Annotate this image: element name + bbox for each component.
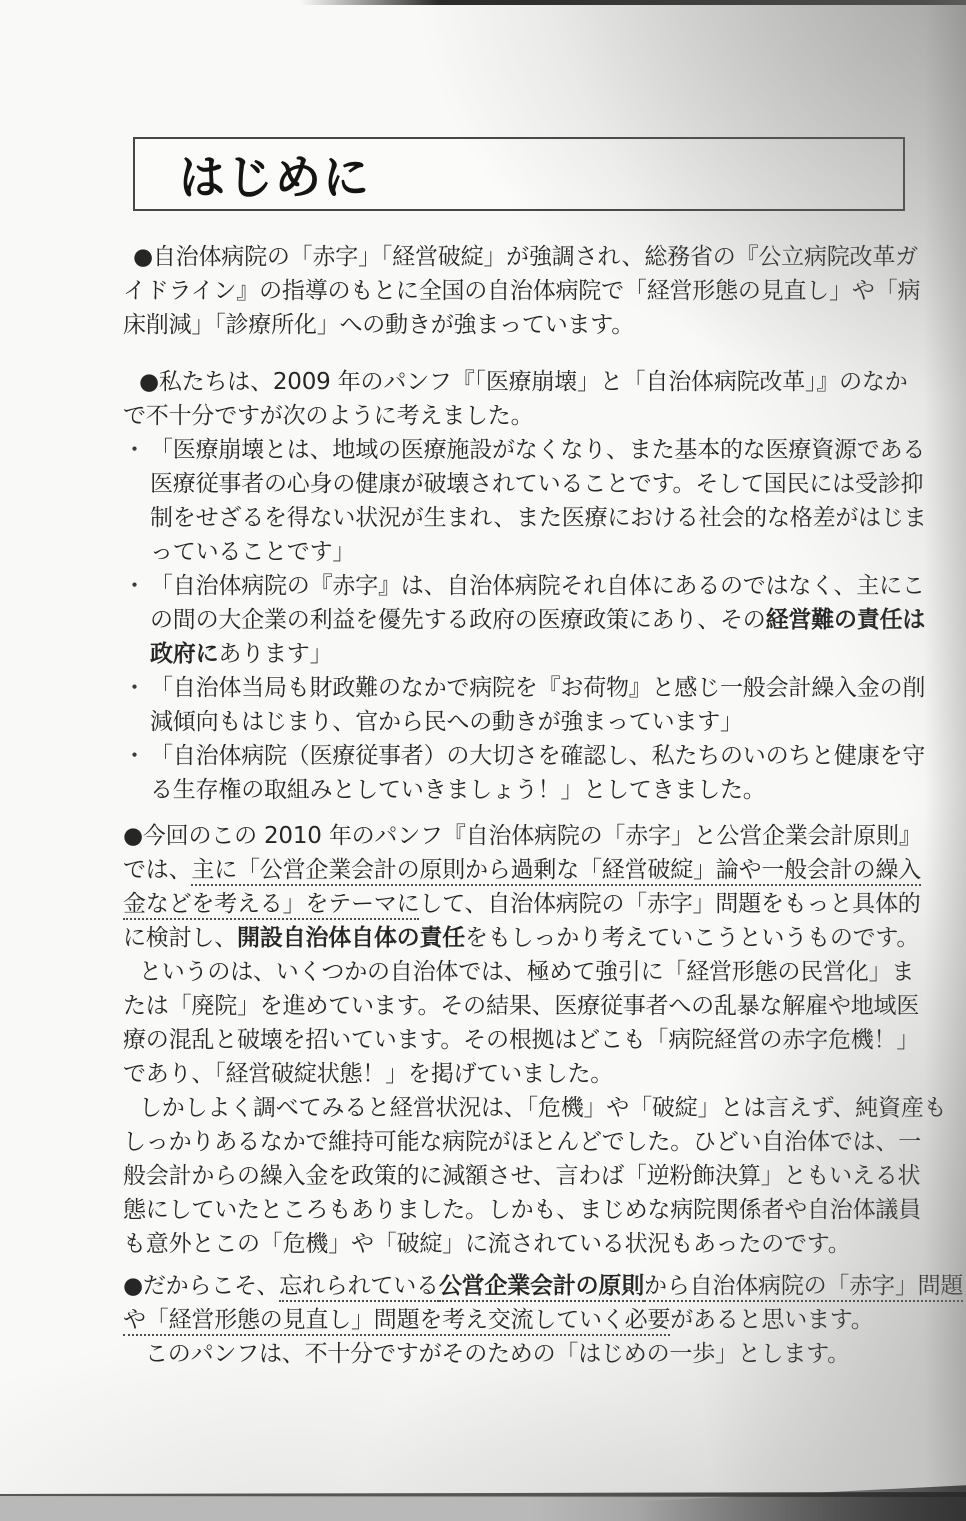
text-line: 制をせざるを得ない状況が生まれ、また医療における社会的な格差がはじま [150, 501, 947, 535]
section-title-box: はじめに [133, 137, 905, 211]
bullet-text: 「自治体病院（医療従事者）の大切さを確認し、私たちのいのちと健康を守 る生存権の… [150, 739, 947, 807]
text-line: このパンフは、不十分ですがそのための「はじめの一歩」とします。 [123, 1337, 947, 1371]
scanned-page: はじめに ●自治体病院の「赤字」「経営破綻」が強調され、総務省の『公立病院改革ガ… [0, 0, 966, 1521]
bullet-text: 「自治体病院の『赤字』は、自治体病院それ自体にあるのではなく、主にこ の間の大企… [150, 569, 947, 671]
underlined-text-segment: や「経営形態の見直し」問題を考え交流していく必要 [123, 1307, 670, 1336]
underlined-text-segment: 主に「公営企業会計の原則から過剰な「経営破綻」論や一般会計の繰入 [191, 857, 921, 886]
text-line: 「自治体当局も財政難のなかで病院を『お荷物』と感じ一般会計繰入金の削 [150, 671, 947, 705]
bold-text-segment: 政府に [150, 641, 218, 667]
text-line: しっかりあるなかで維持可能な病院がほとんどでした。ひどい自治体では、一 [123, 1125, 947, 1159]
list-item: ・ 「自治体病院（医療従事者）の大切さを確認し、私たちのいのちと健康を守 る生存… [123, 739, 947, 807]
text-segment: して、自治体病院の「赤字」問題をもっと具体的 [419, 891, 920, 917]
underlined-text-segment: 忘れられている [279, 1273, 439, 1302]
text-line: 床削減」「診療所化」への動きが強まっています。 [123, 308, 947, 342]
paragraph-1: ●自治体病院の「赤字」「経営破綻」が強調され、総務省の『公立病院改革ガ イドライ… [123, 240, 947, 342]
text-segment: をもしっかり考えていこうというものです。 [465, 925, 919, 951]
bullet-marker: ・ [123, 433, 150, 569]
text-line: 般会計からの繰入金を政策的に減額させ、言わば「逆粉飾決算」ともいえる状 [123, 1159, 947, 1193]
text-segment: では、 [123, 857, 191, 883]
text-line: であり、「経営破綻状態！」を掲げていました。 [123, 1057, 947, 1091]
text-line: 「自治体病院の『赤字』は、自治体病院それ自体にあるのではなく、主にこ [150, 569, 947, 603]
underlined-text-segment: から自治体病院の「赤字」問題 [644, 1273, 963, 1302]
text-segment: があると思います。 [670, 1307, 873, 1333]
bullet-list: ・ 「医療崩壊とは、地域の医療施設がなくなり、また基本的な医療資源である 医療従… [123, 433, 947, 807]
list-item: ・ 「自治体当局も財政難のなかで病院を『お荷物』と感じ一般会計繰入金の削 減傾向… [123, 671, 947, 739]
section-title: はじめに [135, 140, 371, 209]
text-line: しかしよく調べてみると経営状況は、「危機」や「破綻」とは言えず、純資産も [123, 1091, 947, 1125]
text-line: 「自治体病院（医療従事者）の大切さを確認し、私たちのいのちと健康を守 [150, 739, 947, 773]
text-line: ●私たちは、2009 年のパンフ『「医療崩壊」と「自治体病院改革」』のなか [123, 365, 947, 399]
list-item: ・ 「自治体病院の『赤字』は、自治体病院それ自体にあるのではなく、主にこ の間の… [123, 569, 947, 671]
text-line: たは「廃院」を進めています。その結果、医療従事者への乱暴な解雇や地域医 [123, 989, 947, 1023]
list-item: ・ 「医療崩壊とは、地域の医療施設がなくなり、また基本的な医療資源である 医療従… [123, 433, 947, 569]
text-line: ●自治体病院の「赤字」「経営破綻」が強調され、総務省の『公立病院改革ガ [123, 240, 947, 274]
bold-text-segment: 経営難の責任は [766, 607, 926, 633]
text-line: る生存権の取組みとしていきましょう！」としてきました。 [150, 773, 947, 807]
text-line: ●だからこそ、忘れられている公営企業会計の原則から自治体病院の「赤字」問題 [123, 1269, 947, 1303]
text-line: で不十分ですが次のように考えました。 [123, 399, 947, 433]
bullet-marker: ・ [123, 569, 150, 671]
bold-text-segment: 開設自治体自体の責任 [237, 925, 465, 951]
text-line: 「医療崩壊とは、地域の医療施設がなくなり、また基本的な医療資源である [150, 433, 947, 467]
paragraph-4: というのは、いくつかの自治体では、極めて強引に「経営形態の民営化」ま たは「廃院… [123, 955, 947, 1091]
text-line: イドライン』の指導のもとに全国の自治体病院で「経営形態の見直し」や「病 [123, 274, 947, 308]
text-line: というのは、いくつかの自治体では、極めて強引に「経営形態の民営化」ま [123, 955, 947, 989]
text-line: ●今回のこの 2010 年のパンフ『自治体病院の「赤字」と公営企業会計原則』 [123, 819, 947, 853]
bullet-marker: ・ [123, 739, 150, 807]
text-segment: の間の大企業の利益を優先する政府の医療政策にあり、その [150, 607, 766, 633]
text-line: に検討し、開設自治体自体の責任をもしっかり考えていこうというものです。 [123, 921, 947, 955]
text-line: 態にしていたところもありました。しかも、まじめな病院関係者や自治体議員 [123, 1193, 947, 1227]
text-line: 医療従事者の心身の健康が破壊されていることです。そして国民には受診抑 [150, 467, 947, 501]
scan-top-edge [300, 0, 966, 5]
text-line: も意外とこの「危機」や「破綻」に流されている状況もあったのです。 [123, 1227, 947, 1261]
text-segment: ●だからこそ、 [123, 1273, 279, 1299]
text-segment: に検討し、 [123, 925, 237, 951]
text-line: っていることです」 [150, 535, 947, 569]
text-line: では、主に「公営企業会計の原則から過剰な「経営破綻」論や一般会計の繰入 [123, 853, 947, 887]
text-line: や「経営形態の見直し」問題を考え交流していく必要があると思います。 [123, 1303, 947, 1337]
document-body: ●自治体病院の「赤字」「経営破綻」が強調され、総務省の『公立病院改革ガ イドライ… [123, 240, 947, 1371]
paragraph-6: ●だからこそ、忘れられている公営企業会計の原則から自治体病院の「赤字」問題 や「… [123, 1269, 947, 1371]
paragraph-5: しかしよく調べてみると経営状況は、「危機」や「破綻」とは言えず、純資産も しっか… [123, 1091, 947, 1261]
bold-underlined-text-segment: 公営企業会計の原則 [439, 1273, 644, 1302]
bullet-text: 「医療崩壊とは、地域の医療施設がなくなり、また基本的な医療資源である 医療従事者… [150, 433, 947, 569]
paragraph-3: ●今回のこの 2010 年のパンフ『自治体病院の「赤字」と公営企業会計原則』 で… [123, 819, 947, 955]
text-line: 金などを考える」をテーマにして、自治体病院の「赤字」問題をもっと具体的 [123, 887, 947, 921]
text-line: の間の大企業の利益を優先する政府の医療政策にあり、その経営難の責任は [150, 603, 947, 637]
text-segment: あります」 [218, 641, 332, 667]
bullet-marker: ・ [123, 671, 150, 739]
text-line: 療の混乱と破壊を招いています。その根拠はどこも「病院経営の赤字危機！」 [123, 1023, 947, 1057]
bullet-text: 「自治体当局も財政難のなかで病院を『お荷物』と感じ一般会計繰入金の削 減傾向もは… [150, 671, 947, 739]
underlined-text-segment: 金などを考える」をテーマに [123, 891, 419, 920]
paragraph-2: ●私たちは、2009 年のパンフ『「医療崩壊」と「自治体病院改革」』のなか で不… [123, 365, 947, 433]
text-line: 減傾向もはじまり、官から民への動きが強まっています」 [150, 705, 947, 739]
text-line: 政府にあります」 [150, 637, 947, 671]
